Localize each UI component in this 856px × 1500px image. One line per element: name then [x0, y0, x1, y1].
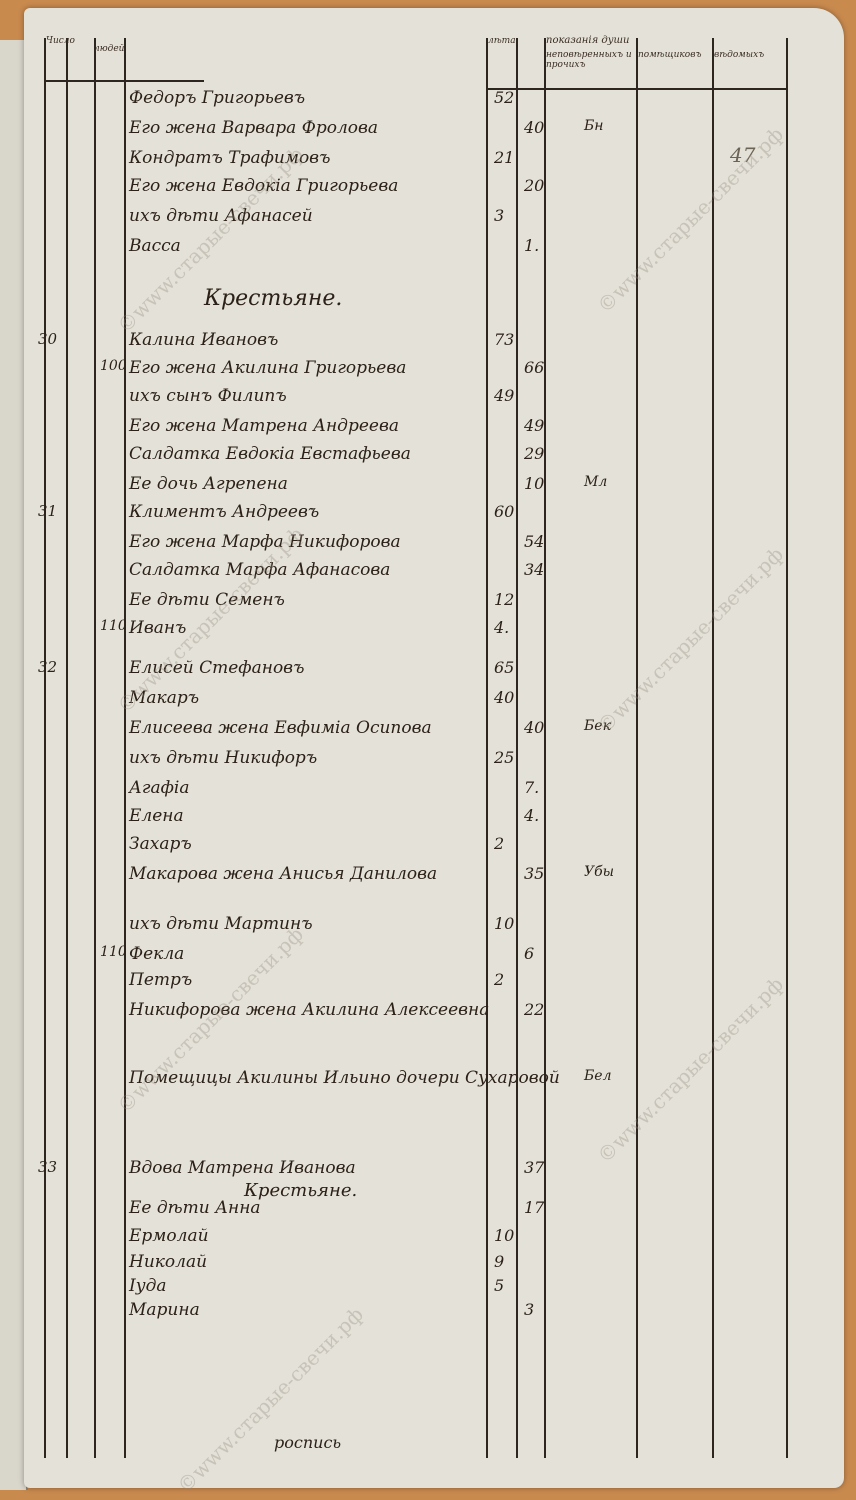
- age-male: 4.: [494, 618, 509, 637]
- age-male: 52: [494, 88, 514, 107]
- person-name: Iуда: [129, 1276, 167, 1296]
- row-mark: 110: [100, 618, 127, 634]
- table-row: ихъ сынъ Филипъ49: [24, 386, 844, 414]
- age-male: 12: [494, 590, 514, 609]
- person-name: ихъ сынъ Филипъ: [129, 386, 287, 406]
- person-name: Вдова Матрена Иванова: [129, 1158, 356, 1178]
- person-name: Его жена Акилина Григорьева: [129, 358, 406, 378]
- person-name: Калина Ивановъ: [129, 330, 278, 350]
- person-name: Николай: [129, 1252, 207, 1272]
- age-female: 29: [524, 444, 544, 463]
- age-male: 2: [494, 834, 504, 853]
- age-male: 40: [494, 688, 514, 707]
- person-name: Елисеева жена Евфимiа Осипова: [129, 718, 432, 738]
- person-name: Его жена Варвара Фролова: [129, 118, 378, 138]
- age-female: 3: [524, 1300, 534, 1319]
- age-female: 54: [524, 532, 544, 551]
- person-name: Васса: [129, 236, 181, 256]
- age-male: 49: [494, 386, 514, 405]
- table-row: Марина3: [24, 1300, 844, 1328]
- table-row: Салдатка Марфа Афанасова34: [24, 560, 844, 588]
- table-row: Елисеева жена Евфимiа Осипова40Бек: [24, 718, 844, 746]
- header-ages: лѣта: [488, 36, 516, 46]
- row-number: 32: [38, 658, 57, 676]
- age-female: 7.: [524, 778, 539, 797]
- table-row: 110Фекла6: [24, 944, 844, 972]
- table-row: Петръ2: [24, 970, 844, 998]
- table-row: ихъ дѣти Афанасей3: [24, 206, 844, 234]
- table-row: 33Вдова Матрена Иванова37: [24, 1158, 844, 1186]
- footer-note: роспись: [274, 1433, 341, 1452]
- age-female: 17: [524, 1198, 544, 1217]
- table-row: Елена4.: [24, 806, 844, 834]
- age-female: 35: [524, 864, 544, 883]
- table-row: Ермолай10: [24, 1226, 844, 1254]
- table-row: Агафiа7.: [24, 778, 844, 806]
- side-note: Бн: [584, 118, 604, 134]
- person-name: Ее дочь Агрепена: [129, 474, 288, 494]
- age-female: 22: [524, 1000, 544, 1019]
- table-row: 30Калина Ивановъ73: [24, 330, 844, 358]
- age-male: 2: [494, 970, 504, 989]
- census-page: Число людей лѣта показанiя души неповѣре…: [24, 8, 844, 1488]
- side-note: Мл: [584, 474, 607, 490]
- age-female: 10: [524, 474, 544, 493]
- watermark: ©www.старые-свечи.рф: [172, 1302, 368, 1498]
- person-name: Его жена Матрена Андреева: [129, 416, 399, 436]
- row-mark: 110: [100, 944, 127, 960]
- header-sub3: вѣдомыхъ: [714, 50, 784, 60]
- age-female: 20: [524, 176, 544, 195]
- person-name: Ее дѣти Анна: [129, 1198, 261, 1218]
- side-note: Убы: [584, 864, 614, 880]
- table-row: ихъ дѣти Никифоръ25: [24, 748, 844, 776]
- person-name: Салдатка Евдокiа Евстафьева: [129, 444, 411, 464]
- row-mark: 100: [100, 358, 127, 374]
- table-row: Ее дочь Агрепена10Мл: [24, 474, 844, 502]
- table-row: Его жена Матрена Андреева49: [24, 416, 844, 444]
- section-heading: Крестьяне.: [204, 286, 342, 311]
- age-male: 21: [494, 148, 514, 167]
- header-rule: [44, 80, 204, 82]
- header-number: Число: [46, 36, 75, 46]
- age-male: 3: [494, 206, 504, 225]
- age-female: 49: [524, 416, 544, 435]
- person-name: ихъ дѣти Никифоръ: [129, 748, 317, 768]
- person-name: Климентъ Андреевъ: [129, 502, 319, 522]
- person-name: Петръ: [129, 970, 192, 990]
- age-male: 10: [494, 1226, 514, 1245]
- header-people: людей: [94, 44, 124, 54]
- age-female: 66: [524, 358, 544, 377]
- person-name: Ермолай: [129, 1226, 209, 1246]
- table-row: Ее дѣти Анна17: [24, 1198, 844, 1226]
- person-name: Макарова жена Анисья Данилова: [129, 864, 437, 884]
- age-male: 60: [494, 502, 514, 521]
- person-name: Федоръ Григорьевъ: [129, 88, 305, 108]
- table-row: Захаръ2: [24, 834, 844, 862]
- row-number: 33: [38, 1158, 57, 1176]
- age-male: 25: [494, 748, 514, 767]
- age-male: 65: [494, 658, 514, 677]
- age-female: 1.: [524, 236, 539, 255]
- person-name: Агафiа: [129, 778, 189, 798]
- age-male: 9: [494, 1252, 504, 1271]
- age-male: 73: [494, 330, 514, 349]
- table-row: 100Его жена Акилина Григорьева66: [24, 358, 844, 386]
- age-female: 37: [524, 1158, 544, 1177]
- table-row: Федоръ Григорьевъ52: [24, 88, 844, 116]
- row-number: 31: [38, 502, 57, 520]
- row-number: 30: [38, 330, 57, 348]
- header-sub2: помѣщиковъ: [638, 50, 710, 60]
- table-row: Васса1.: [24, 236, 844, 264]
- side-note: Бел: [584, 1068, 612, 1084]
- age-female: 40: [524, 118, 544, 137]
- age-female: 40: [524, 718, 544, 737]
- age-female: 4.: [524, 806, 539, 825]
- age-male: 5: [494, 1276, 504, 1295]
- age-male: 10: [494, 914, 514, 933]
- age-female: 34: [524, 560, 544, 579]
- person-name: Помещицы Акилины Ильино дочери Сухаровой: [129, 1068, 560, 1088]
- header-shown: показанiя души: [546, 36, 629, 46]
- person-name: Никифорова жена Акилина Алексеевна: [129, 1000, 489, 1020]
- person-name: Елена: [129, 806, 184, 826]
- table-row: ихъ дѣти Мартинъ10: [24, 914, 844, 942]
- age-female: 6: [524, 944, 534, 963]
- header-sub1: неповѣренныхъ и прочихъ: [546, 50, 634, 70]
- table-row: Салдатка Евдокiа Евстафьева29: [24, 444, 844, 472]
- table-row: Его жена Марфа Никифорова54: [24, 532, 844, 560]
- person-name: Фекла: [129, 944, 184, 964]
- person-name: Захаръ: [129, 834, 192, 854]
- table-row: Макарова жена Анисья Данилова35Убы: [24, 864, 844, 892]
- table-row: 31Климентъ Андреевъ60: [24, 502, 844, 530]
- person-name: Марина: [129, 1300, 200, 1320]
- table-row: Его жена Варвара Фролова40Бн: [24, 118, 844, 146]
